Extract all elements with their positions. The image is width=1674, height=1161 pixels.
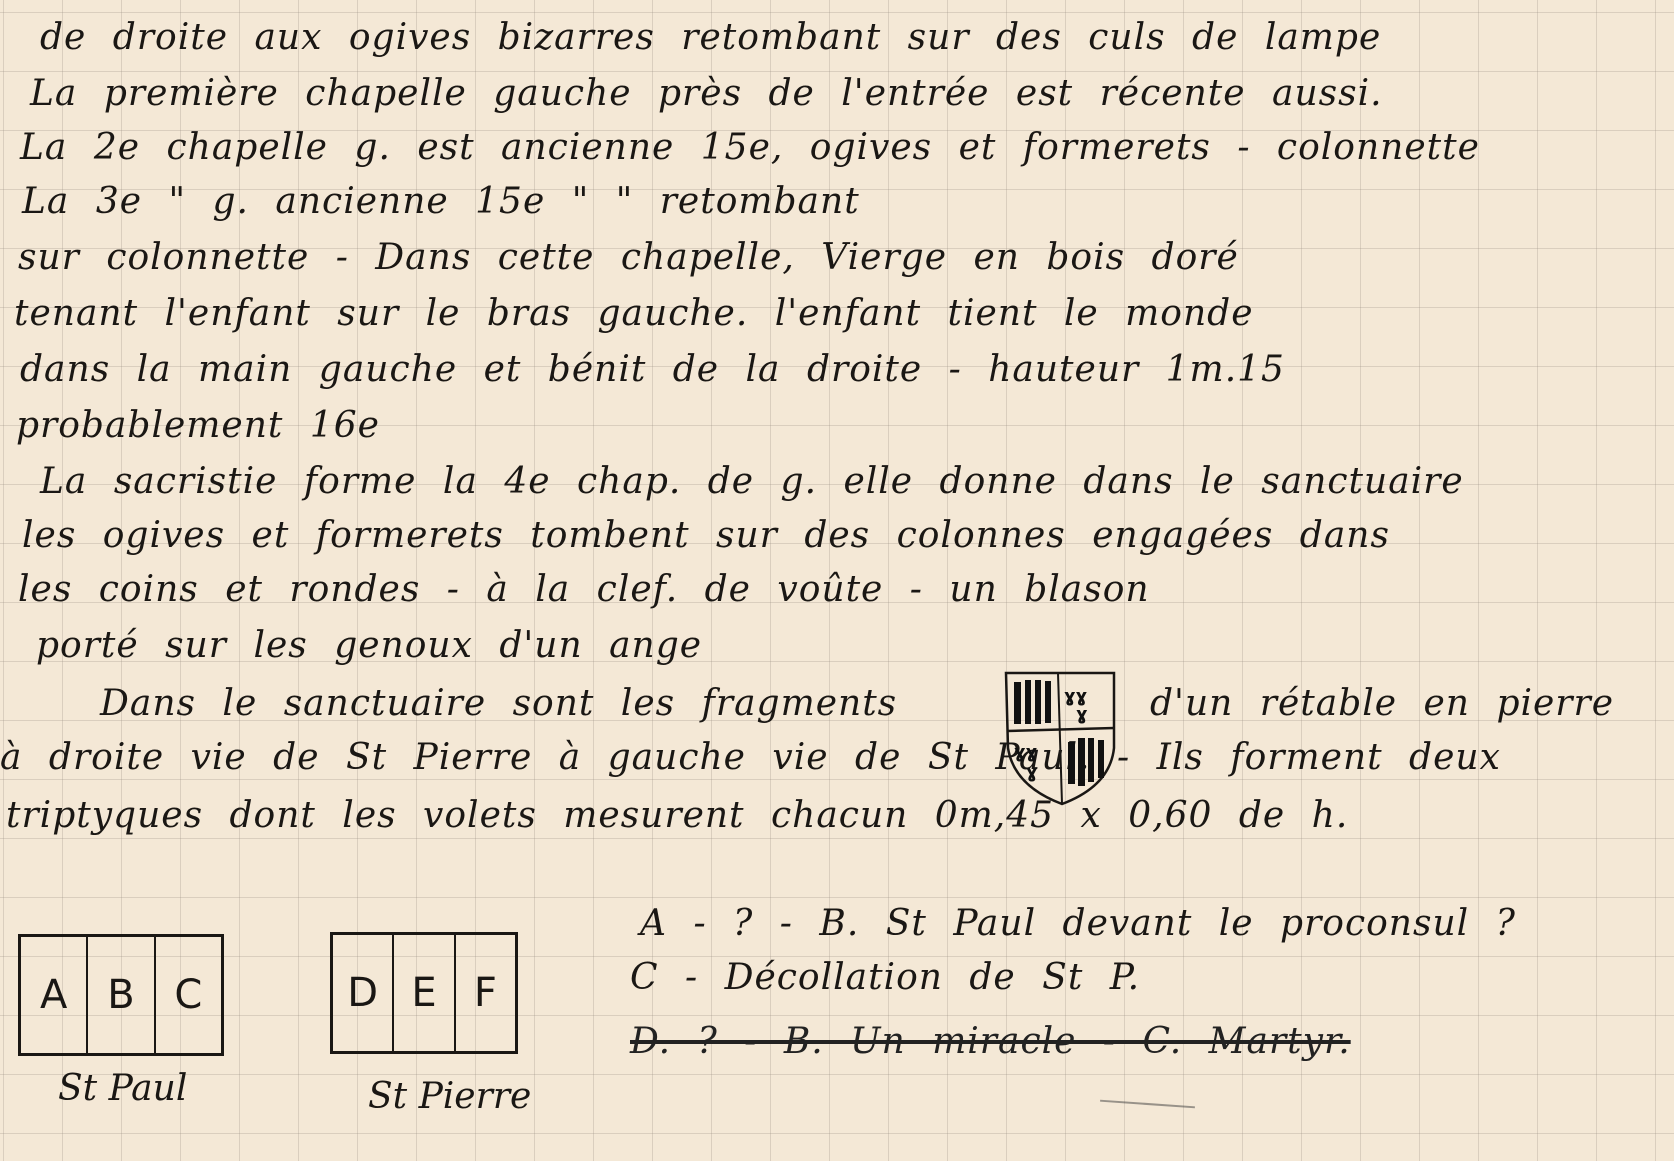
panel-a: A <box>21 937 88 1053</box>
text-line-14: à droite vie de St Pierre à gauche vie d… <box>0 734 1501 782</box>
text-line-2: La première chapelle gauche près de l'en… <box>30 70 1383 118</box>
text-line-6: tenant l'enfant sur le bras gauche. l'en… <box>14 290 1254 338</box>
coat-of-arms-icon: ɣɣ ɣ ɣɣ ɣ <box>1000 668 1122 808</box>
text-line-3: La 2e chapelle g. est ancienne 15e, ogiv… <box>20 124 1480 172</box>
text-line-10: les ogives et formerets tombent sur des … <box>22 512 1390 560</box>
panel-d: D <box>333 935 394 1051</box>
text-line-12: porté sur les genoux d'un ange <box>36 622 702 670</box>
stray-pen-mark <box>1100 1100 1195 1109</box>
legend-line-2: C - Décollation de St P. <box>630 954 1140 1002</box>
text-line-11: les coins et rondes - à la clef. de voût… <box>18 566 1150 614</box>
caption-st-paul: St Paul <box>58 1068 187 1109</box>
text-line-5: sur colonnette - Dans cette chapelle, Vi… <box>18 234 1239 282</box>
caption-st-pierre: St Pierre <box>368 1076 531 1117</box>
text-line-1: de droite aux ogives bizarres retombant … <box>40 14 1381 62</box>
svg-text:ɣ: ɣ <box>1026 762 1038 783</box>
triptych-st-pierre: D E F <box>330 932 518 1054</box>
legend-line-3-struck: D. ? - B. Un miracle - C. Martyr. <box>630 1018 1351 1066</box>
text-line-4: La 3e " g. ancienne 15e " " retombant <box>22 178 860 226</box>
text-line-7: dans la main gauche et bénit de la droit… <box>20 346 1285 394</box>
text-line-13: Dans le sanctuaire sont les fragments <box>100 680 897 728</box>
panel-b: B <box>88 937 155 1053</box>
svg-text:ɣɣ: ɣɣ <box>1014 742 1038 763</box>
notebook-page: de droite aux ogives bizarres retombant … <box>0 0 1674 1161</box>
text-line-9: La sacristie forme la 4e chap. de g. ell… <box>40 458 1464 506</box>
text-line-8: probablement 16e <box>16 402 380 450</box>
text-line-13b: d'un rétable en pierre <box>1150 680 1614 728</box>
svg-text:ɣ: ɣ <box>1076 704 1088 725</box>
panel-f: F <box>456 935 515 1051</box>
triptych-st-paul: A B C <box>18 934 224 1056</box>
panel-e: E <box>394 935 455 1051</box>
panel-c: C <box>156 937 221 1053</box>
legend-line-1: A - ? - B. St Paul devant le proconsul ? <box>640 900 1516 948</box>
text-line-15: triptyques dont les volets mesurent chac… <box>6 792 1348 840</box>
